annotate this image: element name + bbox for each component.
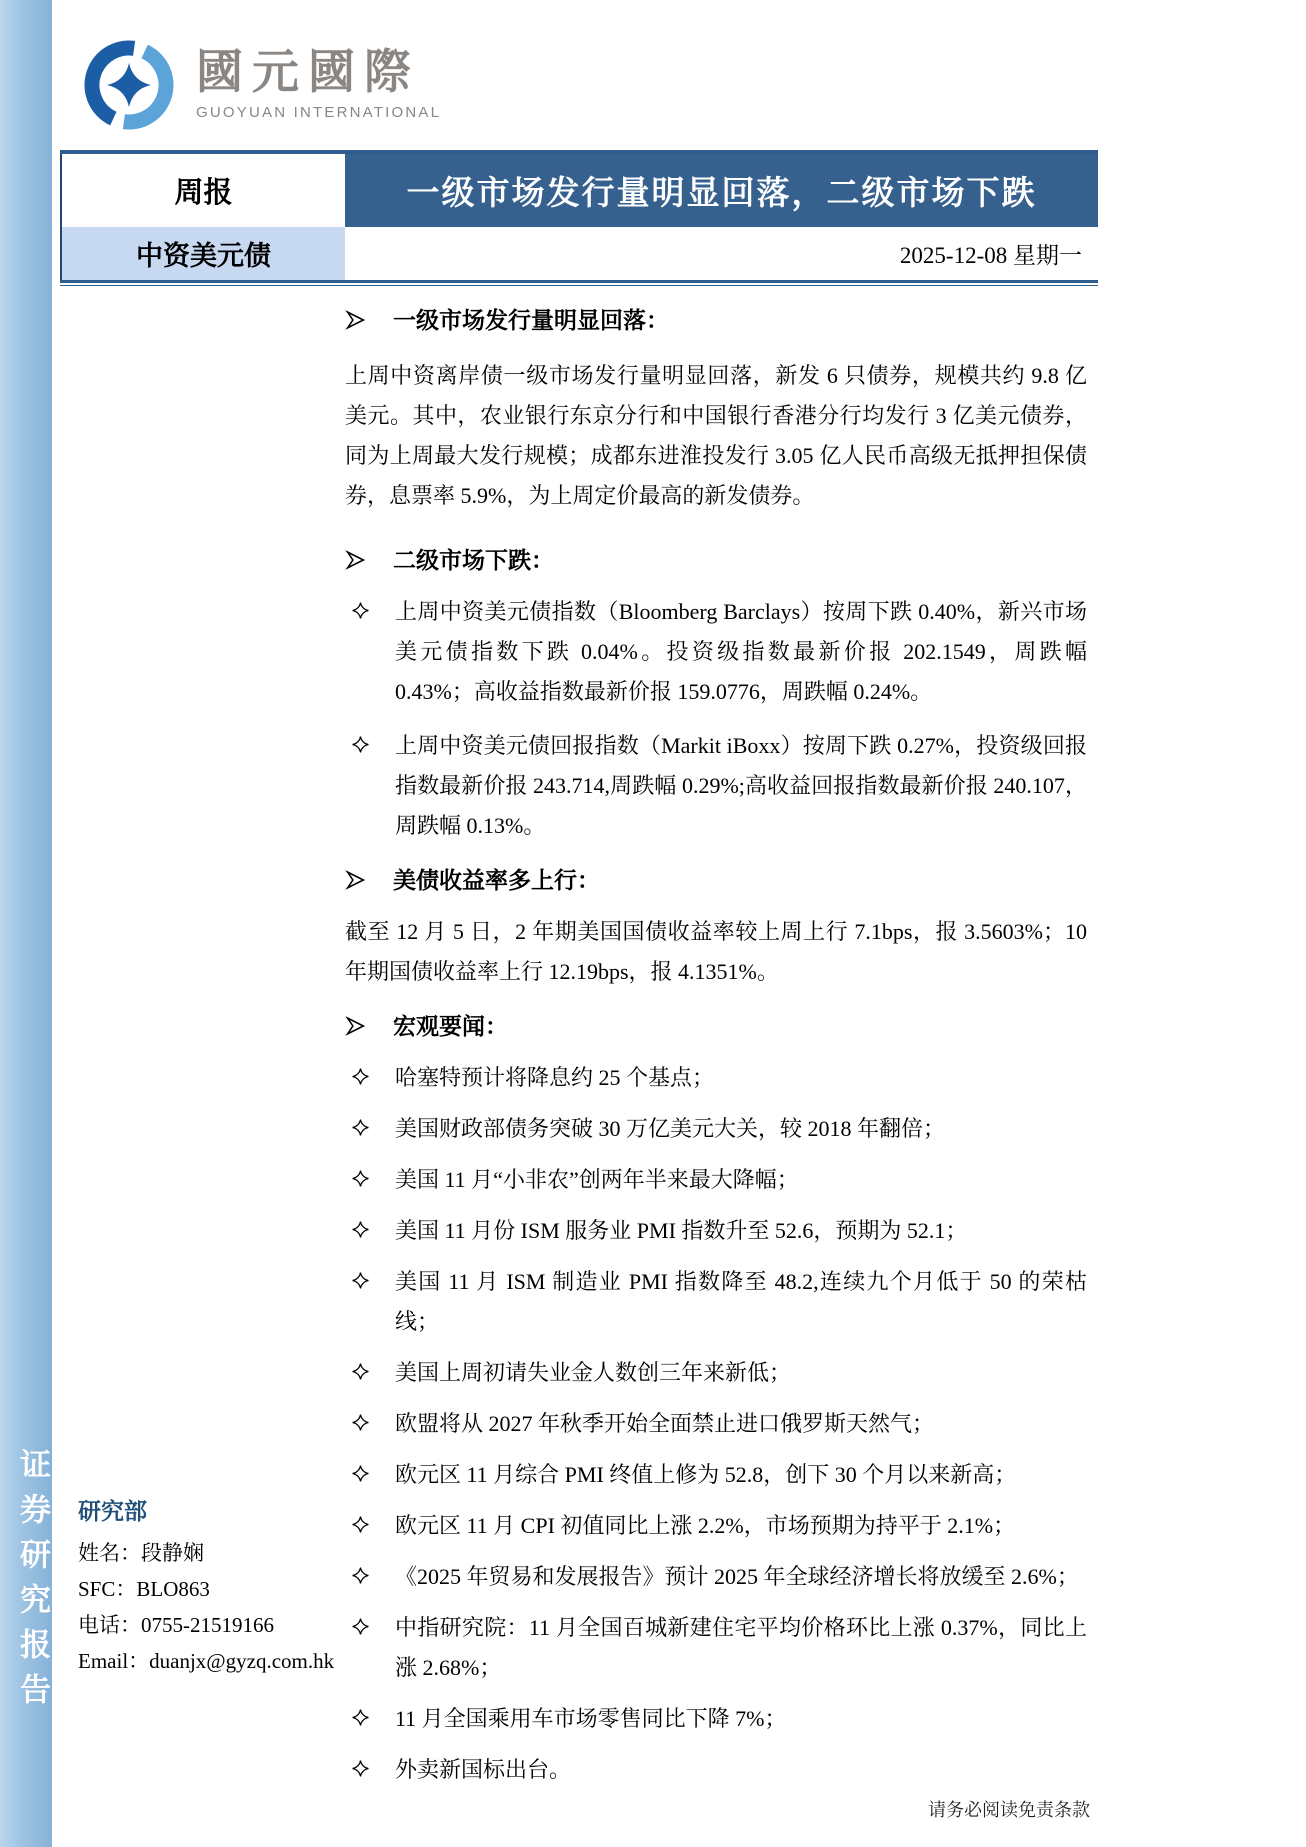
header-band: 周报 一级市场发行量明显回落，二级市场下跌 [60,154,1098,227]
diamond-bullet-icon [351,1413,370,1432]
bullet-text: 《2025 年贸易和发展报告》预计 2025 年全球经济增长将放缓至 2.6%； [395,1564,1079,1589]
arrow-bullet-icon [345,300,393,331]
diamond-bullet-icon [351,1169,370,1188]
diamond-bullet-icon [351,1271,370,1290]
bullet-text: 美国财政部债务突破 30 万亿美元大关，较 2018 年翻倍； [395,1116,945,1141]
diamond-bullet-icon [351,1708,370,1727]
diamond-bullet-icon [351,1617,370,1636]
sidebar-vertical-label: 证券研究报告 [10,1448,55,1718]
bullet-text: 美国 11 月 ISM 制造业 PMI 指数降至 48.2,连续九个月低于 50… [395,1269,1087,1334]
paragraph: 截至 12 月 5 日，2 年期美国国债收益率较上周上行 7.1bps，报 3.… [345,912,1087,992]
bullet-text: 欧元区 11 月 CPI 初值同比上涨 2.2%，市场预期为持平于 2.1%； [395,1513,1015,1538]
paragraph: 上周中资离岸债一级市场发行量明显回落，新发 6 只债券，规模共约 9.8 亿美元… [345,356,1087,516]
diamond-bullet-icon [351,735,370,754]
phone-number: 电话：0755-21519166 [78,1607,328,1643]
bullet-list-macro-news: 哈塞特预计将降息约 25 个基点； 美国财政部债务突破 30 万亿美元大关，较 … [345,1058,1087,1790]
bullet-text: 美国上周初请失业金人数创三年来新低； [395,1360,791,1385]
category-row: 中资美元债 2025-12-08 星期一 [60,227,1098,280]
diamond-bullet-icon [351,1220,370,1239]
section-heading-primary-market: 一级市场发行量明显回落： [345,300,1087,340]
bullet-text: 11 月全国乘用车市场零售同比下降 7%； [395,1706,787,1731]
bullet-item: 美国 11 月份 ISM 服务业 PMI 指数升至 52.6，预期为 52.1； [345,1211,1087,1251]
bullet-list-secondary-market: 上周中资美元债指数（Bloomberg Barclays）按周下跌 0.40%，… [345,592,1087,846]
bullet-item: 美国 11 月 ISM 制造业 PMI 指数降至 48.2,连续九个月低于 50… [345,1262,1087,1342]
bullet-item: 中指研究院：11 月全国百城新建住宅平均价格环比上涨 0.37%，同比上涨 2.… [345,1608,1087,1688]
disclaimer-note: 请务必阅读免责条款 [928,1796,1090,1822]
diamond-bullet-icon [351,1759,370,1778]
report-page: 证券研究报告 國元國際 GUOYUAN INTERNATIONAL 周报 一级市… [0,0,1306,1847]
report-date: 2025-12-08 星期一 [345,227,1098,280]
bullet-text: 欧元区 11 月综合 PMI 终值上修为 52.8，创下 30 个月以来新高； [395,1462,1016,1487]
section-heading-text: 一级市场发行量明显回落： [393,300,669,340]
section-heading-us-treasury: 美债收益率多上行： [345,860,1087,900]
diamond-bullet-icon [351,1067,370,1086]
bullet-item: 上周中资美元债回报指数（Markit iBoxx）按周下跌 0.27%，投资级回… [345,726,1087,846]
bullet-item: 哈塞特预计将降息约 25 个基点； [345,1058,1087,1098]
bullet-item: 美国财政部债务突破 30 万亿美元大关，较 2018 年翻倍； [345,1109,1087,1149]
bullet-item: 美国 11 月“小非农”创两年半来最大降幅； [345,1160,1087,1200]
bullet-item: 《2025 年贸易和发展报告》预计 2025 年全球经济增长将放缓至 2.6%； [345,1557,1087,1597]
logo-text: 國元國際 GUOYUAN INTERNATIONAL [196,44,441,121]
diamond-bullet-icon [351,1566,370,1585]
bullet-item: 11 月全国乘用车市场零售同比下降 7%； [345,1699,1087,1739]
main-content: 一级市场发行量明显回落： 上周中资离岸债一级市场发行量明显回落，新发 6 只债券… [345,300,1087,1801]
sfc-license: SFC：BLO863 [78,1571,328,1607]
contact-block: 研究部 姓名：段静娴 SFC：BLO863 电话：0755-21519166 E… [78,1493,328,1679]
diamond-bullet-icon [351,601,370,620]
section-heading-text: 美债收益率多上行： [393,860,600,900]
bullet-item: 美国上周初请失业金人数创三年来新低； [345,1353,1087,1393]
bullet-item: 欧盟将从 2027 年秋季开始全面禁止进口俄罗斯天然气； [345,1404,1087,1444]
email-link[interactable]: Email：duanjx@gyzq.com.hk [78,1643,328,1679]
bullet-text: 美国 11 月“小非农”创两年半来最大降幅； [395,1167,799,1192]
report-type-label: 周报 [60,154,345,227]
company-logo: 國元國際 GUOYUAN INTERNATIONAL [82,38,441,132]
section-heading-secondary-market: 二级市场下跌： [345,540,1087,580]
arrow-bullet-icon [345,860,393,891]
section-heading-text: 二级市场下跌： [393,540,554,580]
department-label: 研究部 [78,1493,328,1529]
diamond-bullet-icon [351,1362,370,1381]
logo-chinese-name: 國元國際 [196,44,441,102]
diamond-bullet-icon [351,1118,370,1137]
bullet-text: 欧盟将从 2027 年秋季开始全面禁止进口俄罗斯天然气； [395,1411,934,1436]
section-heading-text: 宏观要闻： [393,1006,508,1046]
header-bottom-rule [60,280,1098,286]
bullet-item: 外卖新国标出台。 [345,1750,1087,1790]
section-heading-macro-news: 宏观要闻： [345,1006,1087,1046]
analyst-name: 姓名：段静娴 [78,1535,328,1571]
bullet-text: 美国 11 月份 ISM 服务业 PMI 指数升至 52.6，预期为 52.1； [395,1218,967,1243]
arrow-bullet-icon [345,540,393,571]
bullet-text: 上周中资美元债回报指数（Markit iBoxx）按周下跌 0.27%，投资级回… [395,733,1087,838]
bullet-text: 上周中资美元债指数（Bloomberg Barclays）按周下跌 0.40%，… [395,599,1087,704]
bullet-text: 哈塞特预计将降息约 25 个基点； [395,1065,714,1090]
logo-mark-icon [82,38,176,132]
bullet-item: 上周中资美元债指数（Bloomberg Barclays）按周下跌 0.40%，… [345,592,1087,712]
diamond-bullet-icon [351,1464,370,1483]
diamond-bullet-icon [351,1515,370,1534]
bullet-text: 外卖新国标出台。 [395,1757,571,1782]
bullet-item: 欧元区 11 月 CPI 初值同比上涨 2.2%，市场预期为持平于 2.1%； [345,1506,1087,1546]
report-title: 一级市场发行量明显回落，二级市场下跌 [345,154,1098,227]
bullet-text: 中指研究院：11 月全国百城新建住宅平均价格环比上涨 0.37%，同比上涨 2.… [395,1615,1087,1680]
logo-english-name: GUOYUAN INTERNATIONAL [196,104,441,121]
arrow-bullet-icon [345,1006,393,1037]
category-label: 中资美元债 [60,227,345,280]
bullet-item: 欧元区 11 月综合 PMI 终值上修为 52.8，创下 30 个月以来新高； [345,1455,1087,1495]
